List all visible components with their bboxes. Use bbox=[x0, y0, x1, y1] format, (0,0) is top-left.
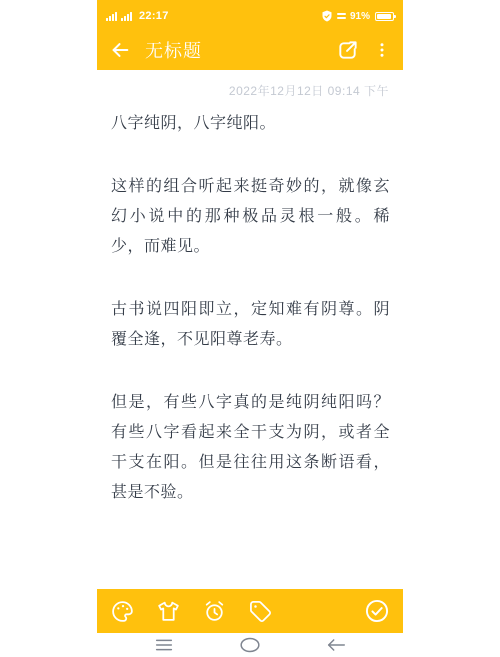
status-clock: 22:17 bbox=[139, 10, 169, 22]
home-button[interactable] bbox=[237, 636, 263, 654]
done-button[interactable] bbox=[364, 598, 390, 624]
reminder-button[interactable] bbox=[202, 599, 227, 624]
back-arrow-icon bbox=[109, 39, 131, 61]
more-options-button[interactable] bbox=[373, 39, 391, 61]
note-toolbar bbox=[97, 589, 403, 633]
system-back-button[interactable] bbox=[325, 636, 347, 654]
signal-strength-icon-sim2 bbox=[121, 11, 132, 21]
tag-button[interactable] bbox=[248, 599, 273, 624]
home-pill-icon bbox=[237, 636, 263, 654]
status-bar: 22:17 91% bbox=[97, 0, 403, 30]
shield-security-icon bbox=[321, 10, 333, 23]
tag-icon bbox=[248, 599, 273, 624]
palette-button[interactable] bbox=[110, 599, 135, 624]
share-button[interactable] bbox=[336, 39, 359, 62]
note-paragraph: 这样的组合听起来挺奇妙的，就像玄幻小说中的那种极品灵根一般。稀少，而难见。 bbox=[111, 172, 390, 262]
recents-button[interactable] bbox=[153, 636, 175, 654]
note-paragraph: 古书说四阳即立，定知难有阴尊。阴覆全逢，不见阳尊老寿。 bbox=[111, 295, 390, 355]
note-timestamp: 2022年12月12日 09:14 下午 bbox=[111, 82, 389, 99]
back-button[interactable] bbox=[109, 39, 131, 61]
network-speed-icon bbox=[337, 13, 346, 19]
skin-theme-button[interactable] bbox=[156, 599, 181, 624]
battery-percentage: 91% bbox=[350, 11, 370, 22]
signal-strength-icon-sim1 bbox=[106, 11, 117, 21]
screenshot-canvas: 22:17 91% 无标题 bbox=[0, 0, 500, 657]
recents-menu-icon bbox=[153, 636, 175, 654]
alarm-clock-icon bbox=[202, 599, 227, 624]
status-right-cluster: 91% bbox=[321, 10, 394, 23]
tshirt-icon bbox=[156, 599, 181, 624]
battery-icon bbox=[375, 12, 394, 21]
palette-icon bbox=[110, 599, 135, 624]
check-circle-icon bbox=[364, 598, 390, 624]
phone-screen: 22:17 91% 无标题 bbox=[97, 0, 403, 657]
system-back-arrow-icon bbox=[325, 636, 347, 654]
status-left-cluster: 22:17 bbox=[106, 10, 169, 22]
vertical-ellipsis-icon bbox=[373, 39, 391, 61]
share-icon bbox=[336, 39, 359, 62]
app-header: 无标题 bbox=[97, 30, 403, 70]
note-paragraph: 但是，有些八字真的是纯阴纯阳吗？有些八字看起来全干支为阴，或者全干支在阳。但是往… bbox=[111, 388, 390, 508]
note-title: 无标题 bbox=[145, 37, 202, 63]
note-paragraph: 八字纯阴，八字纯阳。 bbox=[111, 109, 390, 139]
system-nav-bar bbox=[97, 633, 403, 657]
note-editor[interactable]: 2022年12月12日 09:14 下午 八字纯阴，八字纯阳。 这样的组合听起来… bbox=[97, 70, 403, 589]
